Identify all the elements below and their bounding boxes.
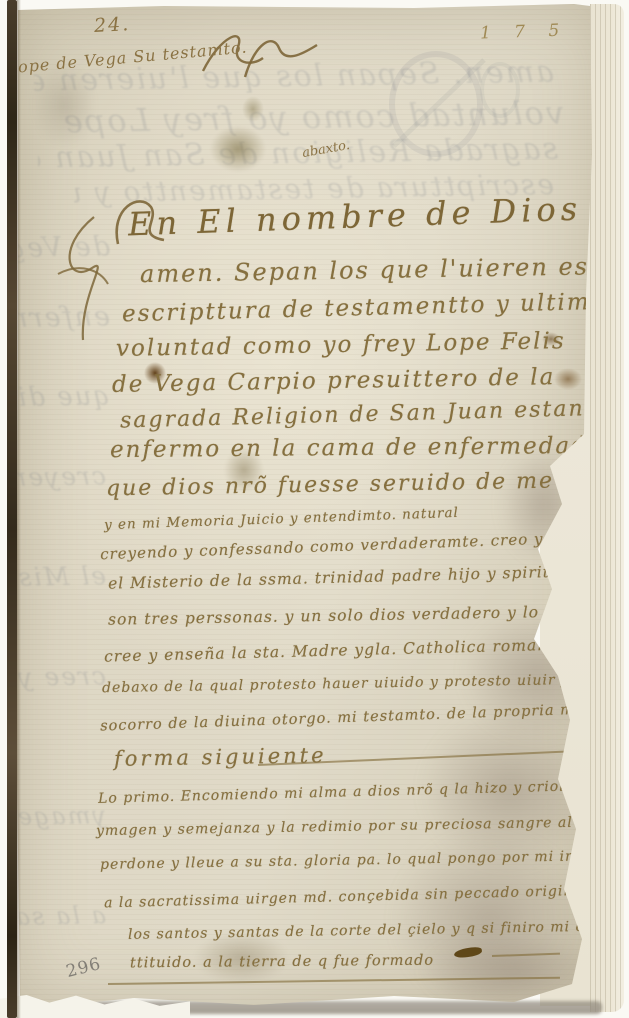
paper-stain: [242, 96, 264, 122]
manuscript-line: enfermo en la cama de enfermedad: [110, 433, 588, 463]
manuscript-line: forma siguiente: [114, 743, 327, 771]
folio-number-top-left: 24.: [93, 13, 130, 37]
bleedthrough-line: cree y enseña la sta. Madre ygla. Cathol…: [14, 661, 106, 692]
manuscript-page: amen. Sepan los que l'uieren estavolunta…: [14, 4, 606, 1010]
manuscript-line: y en mi Memoria Juicio y entendimto. nat…: [104, 505, 459, 533]
book-page-stack: [590, 4, 624, 1012]
book-binding: [7, 0, 17, 1018]
initial-flourish-icon: [110, 190, 172, 252]
manuscript-line: escripttura de testamentto y ultima: [122, 289, 607, 328]
bleedthrough-line: ymagen y semejanza y la redimio por su p…: [14, 801, 106, 831]
ink-blot: [554, 368, 582, 390]
manuscript-line: voluntad como yo frey Lope Felis: [116, 328, 566, 362]
binding-shadow: [17, 0, 21, 1018]
manuscript-line: el Misterio de la ssma. trinidad padre h…: [108, 561, 616, 592]
manuscript-line: amen. Sepan los que l'uieren esta: [140, 252, 617, 288]
bleedthrough-line: creyendo y confessando como verdaderamte…: [14, 461, 106, 492]
manuscript-line: de Vega Carpio presuittero de la: [112, 364, 556, 398]
folio-number-top-right: 1 7 5: [480, 20, 569, 43]
bleedthrough-swirl: [374, 46, 524, 161]
manuscript-line: ttituido. a la tierra de q fue formado: [130, 953, 434, 972]
paper-stain: [210, 126, 266, 172]
bleedthrough-line: el Misterio de la ssma. trinidad padre h…: [14, 561, 106, 592]
manuscript-line: sagrada Religion de San Juan estando: [120, 396, 616, 434]
archive-number-pencil: 296: [64, 954, 103, 982]
bleedthrough-line: a la sacratissima uirgen md. conçebida s…: [14, 901, 106, 931]
manuscript-photo: amen. Sepan los que l'uieren estavolunta…: [0, 0, 629, 1018]
bleedthrough-line: que dios nrõ fuesse seruido de me dar: [14, 381, 111, 413]
paper-stain: [32, 62, 96, 148]
